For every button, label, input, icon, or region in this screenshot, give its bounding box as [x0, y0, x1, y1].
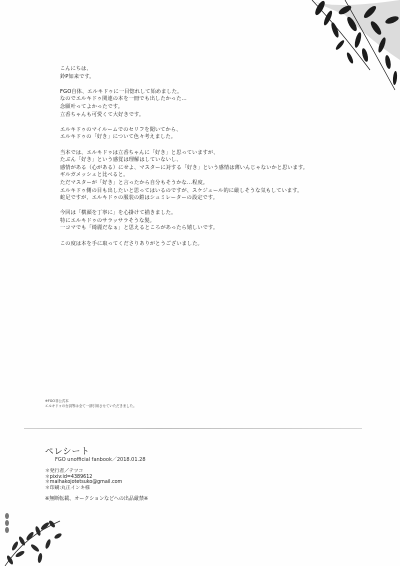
text-line: 今回は「横顔を丁寧に」を心掛けて描きました。: [60, 210, 360, 218]
text-line: ただマスターが「好き」と言ったから自分もそうかな…程度。: [60, 180, 360, 188]
paragraph-myroom: エルキドゥのマイルームでのセリフを聞いてから、 エルキドゥの「好き」について色々…: [60, 127, 360, 142]
text-line: ギルガメッシュと比べると。: [60, 172, 360, 180]
paragraph-intro: FGO自体、エルキドゥに一目惚れして始めました。 なのでエルキドゥ関連の本を一冊…: [60, 89, 360, 119]
text-line: 一コマでも「綺麗だなぁ」と思えるところがあったら嬉しいです。: [60, 225, 360, 233]
footnote-line: エルキドゥの台詞等は全て一部引用させていただきました。: [45, 404, 136, 409]
foliage-decoration-icon: [0, 506, 70, 566]
reprint-notice: ※無断転載、オークションなどへの出品厳禁※: [45, 496, 148, 502]
paragraph-thanks: この度は本を手に取ってくださりありがとうございました。: [60, 241, 360, 249]
paragraph-feelings: 当本では、エルキドゥは立香ちゃんに「好き」と思っていますが、 たぶん「好き」とい…: [60, 150, 360, 203]
book-subtitle: FGO unofficial fanbook／2018.01.28: [55, 457, 148, 464]
credit-printer: ＊印刷:丸正インキ様: [45, 486, 148, 492]
paragraph-drawing: 今回は「横顔を丁寧に」を心掛けて描きました。 特にエルキドゥのサラッサラそうな髪…: [60, 210, 360, 233]
text-line: 鈴P如来です。: [60, 74, 360, 82]
text-line: 念願叶ってよかったです。: [60, 104, 360, 112]
book-title: ペレシート: [45, 447, 148, 457]
text-line: エルキドゥの「好き」について色々考えました。: [60, 134, 360, 142]
text-line: 蛇足ですが、エルキドゥの服装の鎧はシュミレーターの設定です。: [60, 195, 360, 203]
text-line: なのでエルキドゥ関連の本を一冊でも出したかった…: [60, 96, 360, 104]
afterword-text: こんにちは、 鈴P如来です。 FGO自体、エルキドゥに一目惚れして始めました。 …: [60, 66, 360, 256]
footnote: ※FGO非公式本 エルキドゥの台詞等は全て一部引用させていただきました。: [45, 399, 136, 409]
text-line: こんにちは、: [60, 66, 360, 74]
book-page: こんにちは、 鈴P如来です。 FGO自体、エルキドゥに一目惚れして始めました。 …: [0, 0, 400, 566]
divider: [24, 428, 362, 429]
text-line: たぶん「好き」という感覚は理解はしていないし、: [60, 157, 360, 165]
paragraph-greeting: こんにちは、 鈴P如来です。: [60, 66, 360, 81]
text-line: 当本では、エルキドゥは立香ちゃんに「好き」と思っていますが、: [60, 150, 360, 158]
text-line: この度は本を手に取ってくださりありがとうございました。: [60, 241, 360, 249]
text-line: エルキドゥ側の目も出したいと思ってはいるのですが、スケジュール的に厳しそうな気も…: [60, 188, 360, 196]
colophon: ペレシート FGO unofficial fanbook／2018.01.28 …: [45, 447, 148, 502]
credits-list: ＊発行者／テツコ ＊pixiv:id=4389612 ＊maihakojotet…: [45, 469, 148, 491]
text-line: 立香ちゃんも可愛くて大好きです。: [60, 112, 360, 120]
